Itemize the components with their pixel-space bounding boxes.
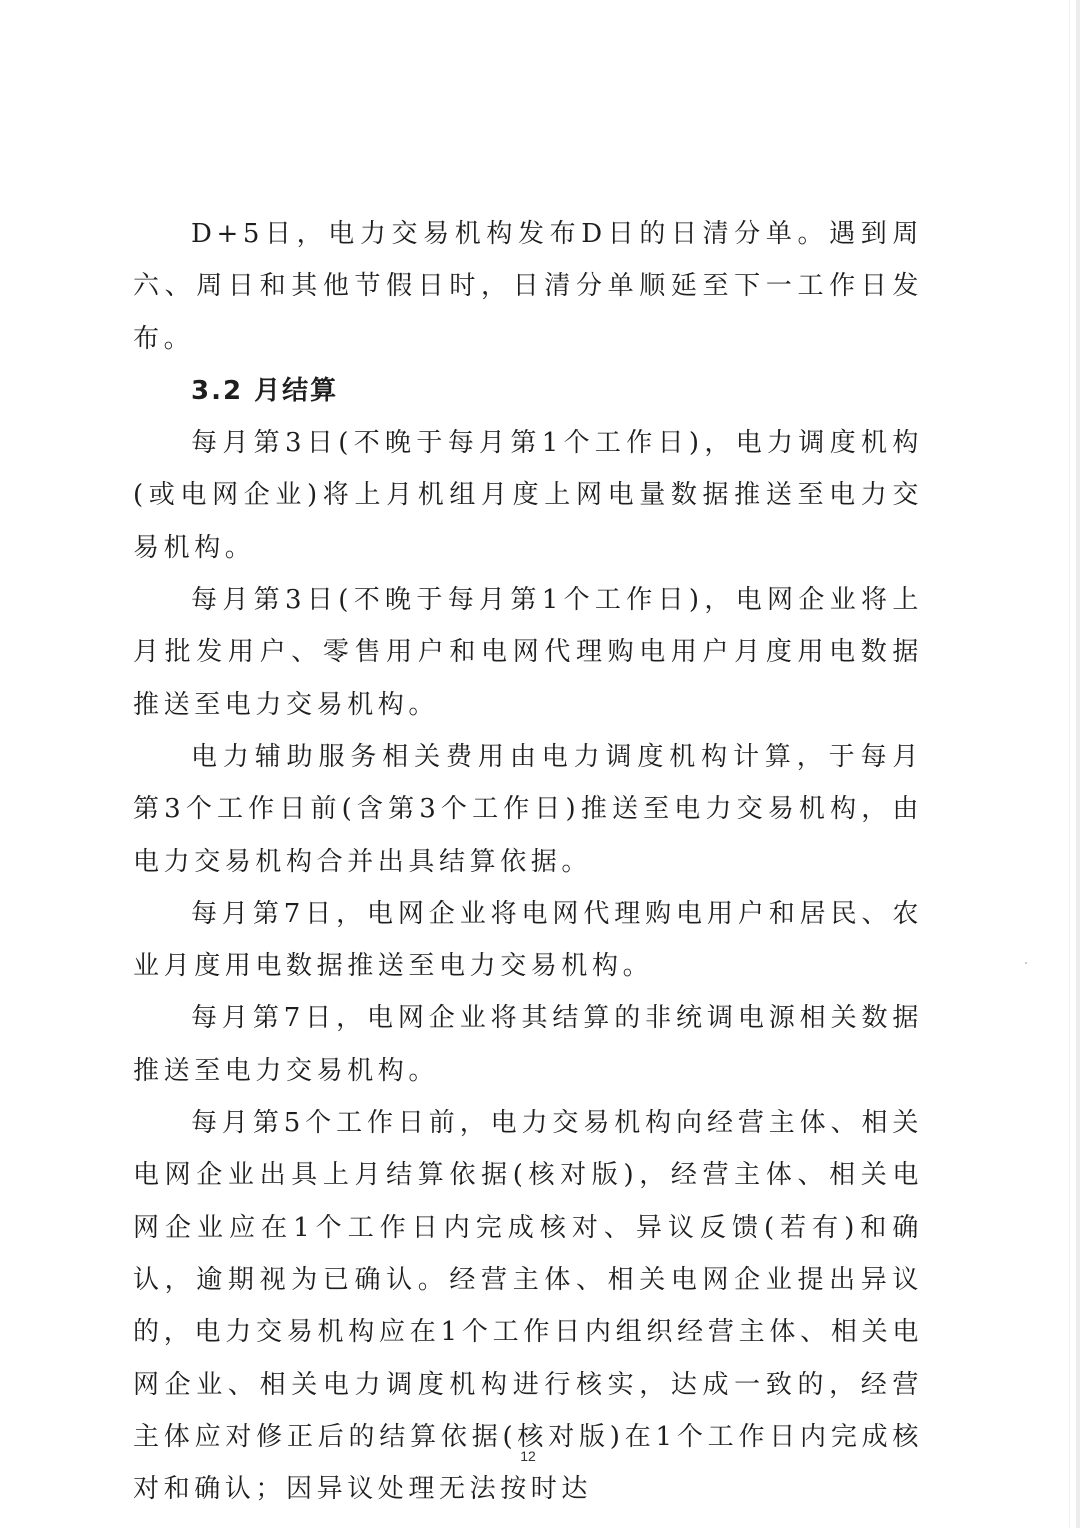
- scan-speck: [1025, 962, 1027, 964]
- document-page: D+5日，电力交易机构发布D日的日清分单。遇到周六、周日和其他节假日时，日清分单…: [0, 0, 1080, 1528]
- paragraph-non-dispatched-sources: 每月第7日，电网企业将其结算的非统调电源相关数据推送至电力交易机构。: [133, 992, 923, 1097]
- document-body: D+5日，电力交易机构发布D日的日清分单。遇到周六、周日和其他节假日时，日清分单…: [133, 208, 923, 1515]
- paragraph-unit-data-push: 每月第3日(不晚于每月第1个工作日)，电力调度机构(或电网企业)将上月机组月度上…: [133, 417, 923, 574]
- paragraph-agent-purchase-data: 每月第7日，电网企业将电网代理购电用户和居民、农业月度用电数据推送至电力交易机构…: [133, 888, 923, 993]
- section-heading-monthly-settlement: 3.2 月结算: [133, 365, 923, 417]
- paragraph-daily-clearing: D+5日，电力交易机构发布D日的日清分单。遇到周六、周日和其他节假日时，日清分单…: [133, 208, 923, 365]
- page-edge-shadow: [1076, 0, 1080, 1528]
- paragraph-user-data-push: 每月第3日(不晚于每月第1个工作日)，电网企业将上月批发用户、零售用户和电网代理…: [133, 574, 923, 731]
- page-edge-line: [1069, 0, 1070, 1528]
- page-number: 12: [0, 1448, 1056, 1464]
- paragraph-ancillary-services: 电力辅助服务相关费用由电力调度机构计算，于每月第3个工作日前(含第3个工作日)推…: [133, 731, 923, 888]
